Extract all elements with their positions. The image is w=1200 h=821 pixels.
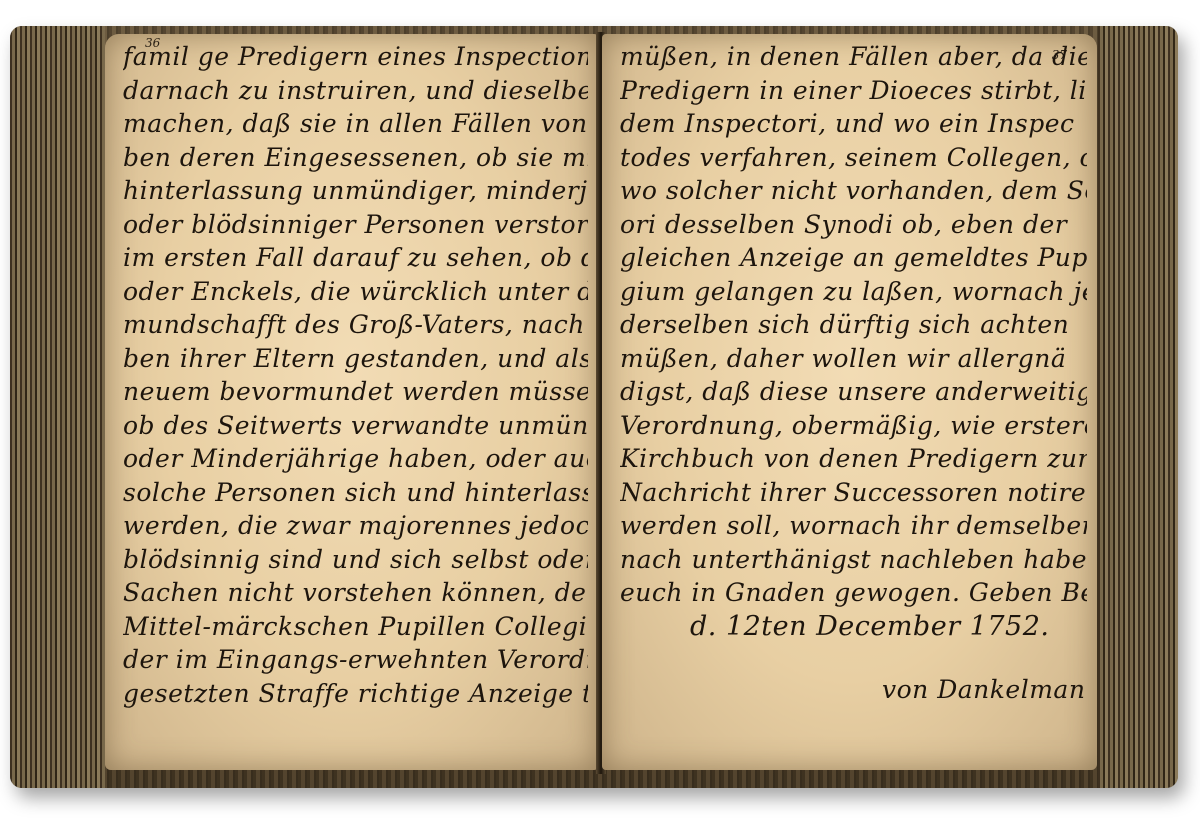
manuscript-line: werden, die zwar majorennes jedoch	[123, 509, 588, 543]
manuscript-line: wo solcher nicht vorhanden, dem Seni	[620, 174, 1087, 208]
manuscript-line: dem Inspectori, und wo ein Inspec	[620, 107, 1087, 141]
manuscript-line: oder Enckels, die würcklich unter der Vo…	[123, 275, 588, 309]
manuscript-line: werden soll, wornach ihr demselben	[620, 509, 1087, 543]
signature: von Dankelmann	[620, 673, 1087, 707]
left-page-text: famil ge Predigern eines Inspection darn…	[123, 40, 588, 710]
right-page-text: müßen, in denen Fällen aber, da die Pred…	[620, 40, 1087, 707]
left-page: 36 famil ge Predigern eines Inspection d…	[105, 34, 598, 770]
manuscript-line: Predigern in einer Dioeces stirbt, liege…	[620, 74, 1087, 108]
manuscript-line: blödsinnig sind und sich selbst oder ihr…	[123, 543, 588, 577]
manuscript-line: hinterlassung unmündiger, minderjährig	[123, 174, 588, 208]
manuscript-line: machen, daß sie in allen Fällen von dem …	[123, 107, 588, 141]
manuscript-line: ob des Seitwerts verwandte unmündige	[123, 409, 588, 443]
manuscript-line: müßen, daher wollen wir allergnä	[620, 342, 1087, 376]
manuscript-line: gium gelangen zu laßen, wornach jeder	[620, 275, 1087, 309]
manuscript-line: todes verfahren, seinem Collegen, oder	[620, 141, 1087, 175]
manuscript-line: ori desselben Synodi ob, eben der	[620, 208, 1087, 242]
manuscript-line: müßen, in denen Fällen aber, da die	[620, 40, 1087, 74]
date-line: d. 12ten December 1752.	[620, 610, 1087, 644]
manuscript-line: derselben sich dürftig sich achten	[620, 308, 1087, 342]
manuscript-line: euch in Gnaden gewogen. Geben Berl:	[620, 576, 1087, 610]
manuscript-line: darnach zu instruiren, und dieselbe zu	[123, 74, 588, 108]
manuscript-line: solche Personen sich und hinterlassen	[123, 476, 588, 510]
page-edges-left	[10, 26, 105, 788]
open-book: 36 famil ge Predigern eines Inspection d…	[10, 26, 1178, 788]
page-edges-right	[1098, 26, 1178, 788]
manuscript-line: ben ihrer Eltern gestanden, und also von	[123, 342, 588, 376]
manuscript-line: ben deren Eingesessenen, ob sie mit oder…	[123, 141, 588, 175]
manuscript-line: Verordnung, obermäßig, wie erstere, in	[620, 409, 1087, 443]
manuscript-line: Sachen nicht vorstehen können, dem	[123, 576, 588, 610]
manuscript-line: gleichen Anzeige an gemeldtes Pupillen C…	[620, 241, 1087, 275]
manuscript-line: gesetzten Straffe richtige Anzeige thun	[123, 677, 588, 711]
manuscript-line: digst, daß diese unsere anderweitige	[620, 375, 1087, 409]
manuscript-line: der im Eingangs-erwehnten Verordnung	[123, 643, 588, 677]
manuscript-line: oder blödsinniger Personen verstorben,	[123, 208, 588, 242]
manuscript-line: Nachricht ihrer Successoren notiret	[620, 476, 1087, 510]
manuscript-line: Kirchbuch von denen Predigern zur	[620, 442, 1087, 476]
manuscript-line: Mittel-märckschen Pupillen Collegio bey	[123, 610, 588, 644]
manuscript-line: mundschafft des Groß-Vaters, nach dem Ab…	[123, 308, 588, 342]
manuscript-line: nach unterthänigst nachleben habet. Sind	[620, 543, 1087, 577]
manuscript-line: im ersten Fall darauf zu sehen, ob des K…	[123, 241, 588, 275]
manuscript-line: neuem bevormundet werden müssen, oder	[123, 375, 588, 409]
right-page: 37 müßen, in denen Fällen aber, da die P…	[602, 34, 1097, 770]
manuscript-line: famil ge Predigern eines Inspection	[123, 40, 588, 74]
manuscript-line: oder Minderjährige haben, oder auch	[123, 442, 588, 476]
spacer	[620, 643, 1087, 673]
